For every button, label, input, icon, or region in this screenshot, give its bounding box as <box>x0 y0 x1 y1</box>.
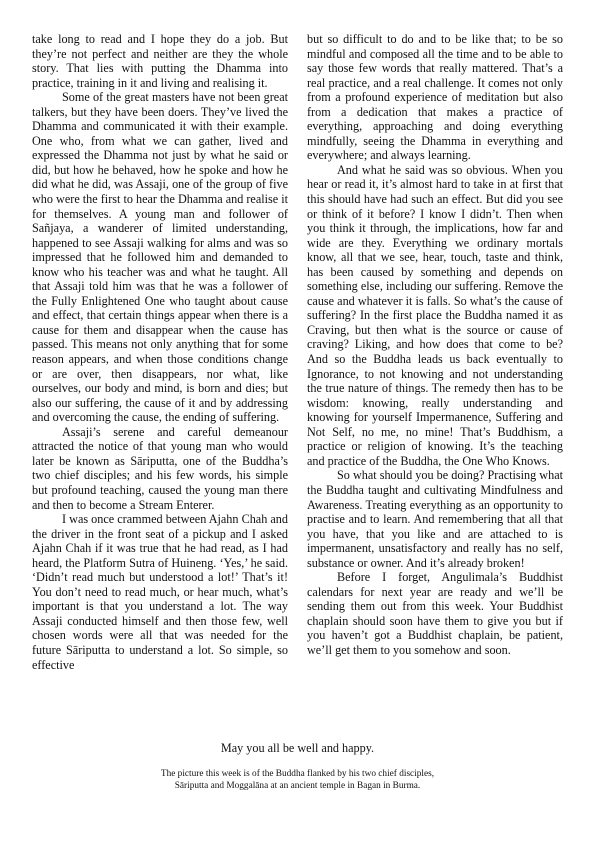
paragraph: but so difficult to do and to be like th… <box>307 32 563 163</box>
paragraph: And what he said was so obvious. When yo… <box>307 163 563 468</box>
document-page: take long to read and I hope they do a j… <box>0 0 595 842</box>
paragraph: take long to read and I hope they do a j… <box>32 32 288 90</box>
paragraph: Before I forget, Angulimala’s Buddhist c… <box>307 570 563 657</box>
paragraph: Some of the great masters have not been … <box>32 90 288 425</box>
paragraph: So what should you be doing? Practising … <box>307 468 563 570</box>
two-column-body: take long to read and I hope they do a j… <box>32 32 563 672</box>
caption-line-2: Sāriputta and Moggalāna at an ancient te… <box>0 781 595 793</box>
right-column: but so difficult to do and to be like th… <box>307 32 563 672</box>
closing-blessing: May you all be well and happy. <box>0 741 595 755</box>
paragraph: I was once crammed between Ajahn Chah an… <box>32 512 288 672</box>
picture-caption: The picture this week is of the Buddha f… <box>0 769 595 792</box>
paragraph: Assaji’s serene and careful demeanour at… <box>32 425 288 512</box>
left-column: take long to read and I hope they do a j… <box>32 32 288 672</box>
caption-line-1: The picture this week is of the Buddha f… <box>0 769 595 781</box>
